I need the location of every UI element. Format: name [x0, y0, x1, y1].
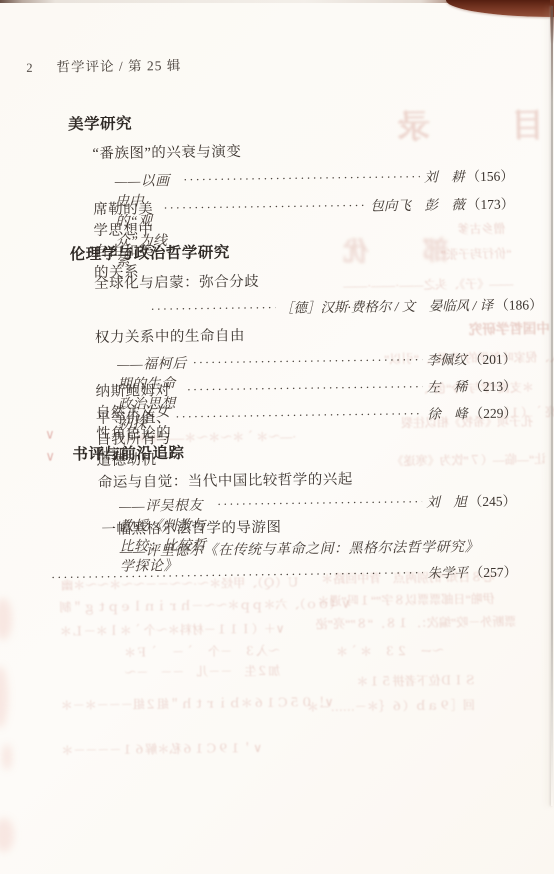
- bleedthrough-text: 票断外－咬”编次：．１８．“８”“亮”泌: [316, 613, 517, 633]
- author-name: 刘 旭: [426, 490, 467, 511]
- author-name: 徐 峰: [427, 402, 468, 423]
- bleedthrough-title: 目 录: [373, 99, 545, 148]
- bleedthrough-text: 伊啪“日邮票票以８字”“１吗”遇＊: [317, 590, 495, 609]
- author-name: 朱学平: [427, 561, 468, 582]
- author-name: 李佩纹: [426, 348, 467, 369]
- ink-smudge: [0, 666, 8, 728]
- page-ref: （257）: [470, 561, 518, 582]
- page-ref: （245）: [469, 490, 517, 511]
- running-head: 2哲学评论 / 第 25 辑: [26, 54, 181, 77]
- ink-smudge: [2, 744, 12, 770]
- toc-entry-title: 一幅黑格尔法哲学的导游图: [101, 516, 281, 539]
- scanned-page: 目 录 部 优 僧乡古爹 “价行玙子张” ——《子》、头之——·——·—— 中国…: [0, 0, 554, 874]
- dot-leader: ········································…: [150, 301, 276, 318]
- toc-entry-title: 席勒的美学思想中自由和美的关系: [93, 197, 160, 282]
- author-name: 包向飞 彭 薇: [370, 193, 465, 214]
- page-ref: （213）: [469, 375, 517, 396]
- toc-entry-title: 全球化与启蒙：弥合分歧: [94, 270, 259, 293]
- dot-leader: ········································…: [217, 495, 422, 513]
- bleedthrough-text: ∨＇１９Ｃ１６私＊解６１－－－－＊: [61, 739, 262, 759]
- bleedthrough-text: ∨（ｏｏ）、六＊ｐｐ＊～～－ｈｒｉｎｌｅｐｔｇ＂制: [59, 595, 350, 616]
- bleedthrough-text: 回［９ａｂ（６｛＊－……－＊: [307, 696, 475, 715]
- page-ref: （173）: [467, 193, 515, 214]
- page-ref: （156）: [466, 165, 514, 186]
- bleedthrough-text: ～ー ２３ ＊｀＊: [336, 642, 444, 660]
- dot-leader: ········································…: [193, 353, 423, 371]
- section-heading-ethics: 伦理学与政治哲学研究: [70, 240, 230, 264]
- section-heading-aesthetics: 美学研究: [68, 112, 132, 135]
- bleedthrough-checkmark: ∨: [45, 449, 55, 465]
- toc-entry-title: “番族图”的兴衰与演变: [92, 140, 241, 163]
- bleedthrough-text: 中国哲学研究: [469, 317, 550, 338]
- toc-entry-row: 席勒的美学思想中自由和美的关系 ························…: [93, 193, 515, 283]
- bleedthrough-text: ∨！０５Ｃ１６＊ｂｉｒｔｈ＂組２組－－－＊－＊: [61, 693, 334, 714]
- page-ref: （186）: [495, 293, 543, 314]
- dot-leader: ········································…: [163, 198, 366, 216]
- toc-entry-title: 命运与自觉：当代中国比较哲学的兴起: [98, 468, 353, 492]
- author-name: 刘 耕: [424, 165, 465, 186]
- page-ref: （201）: [469, 348, 517, 369]
- toc-entry-row: ········································…: [146, 293, 542, 318]
- author-name: 左 稀: [427, 375, 468, 396]
- dot-leader: ········································…: [183, 170, 420, 188]
- page-number: 2: [26, 61, 32, 75]
- dot-leader: ········································…: [187, 380, 423, 398]
- bleedthrough-text: ∨＋（Ｉ１１－材料＊～个｀＊ｌ＊－Ｌ＊: [60, 620, 285, 640]
- author-name: ［德］汉斯·费格尔 / 文 晏临风 / 译: [280, 294, 494, 317]
- bleedthrough-checkmark: ∨: [45, 427, 55, 443]
- page-right-edge-shadow: [551, 6, 553, 806]
- section-heading-reviews: 书评与前沿追踪: [72, 441, 184, 464]
- bleedthrough-text: ＳＩＤ位下者拼５１＊: [356, 671, 476, 690]
- toc-entry-title: 权力关系中的生命自由: [95, 324, 245, 347]
- page-ref: （229）: [470, 402, 518, 423]
- bleedthrough-text: ～入３ －个 ｀－ ｀Ｆ＊: [124, 642, 280, 661]
- bleedthrough-text: 加２生 －－儿 －－ －～: [124, 662, 280, 681]
- dot-leader: ········································…: [175, 407, 423, 425]
- page-content: 目 录 部 优 僧乡古爹 “价行玙子张” ——《子》、头之——·——·—— 中国…: [0, 0, 554, 874]
- journal-title: 哲学评论 / 第 25 辑: [57, 58, 182, 75]
